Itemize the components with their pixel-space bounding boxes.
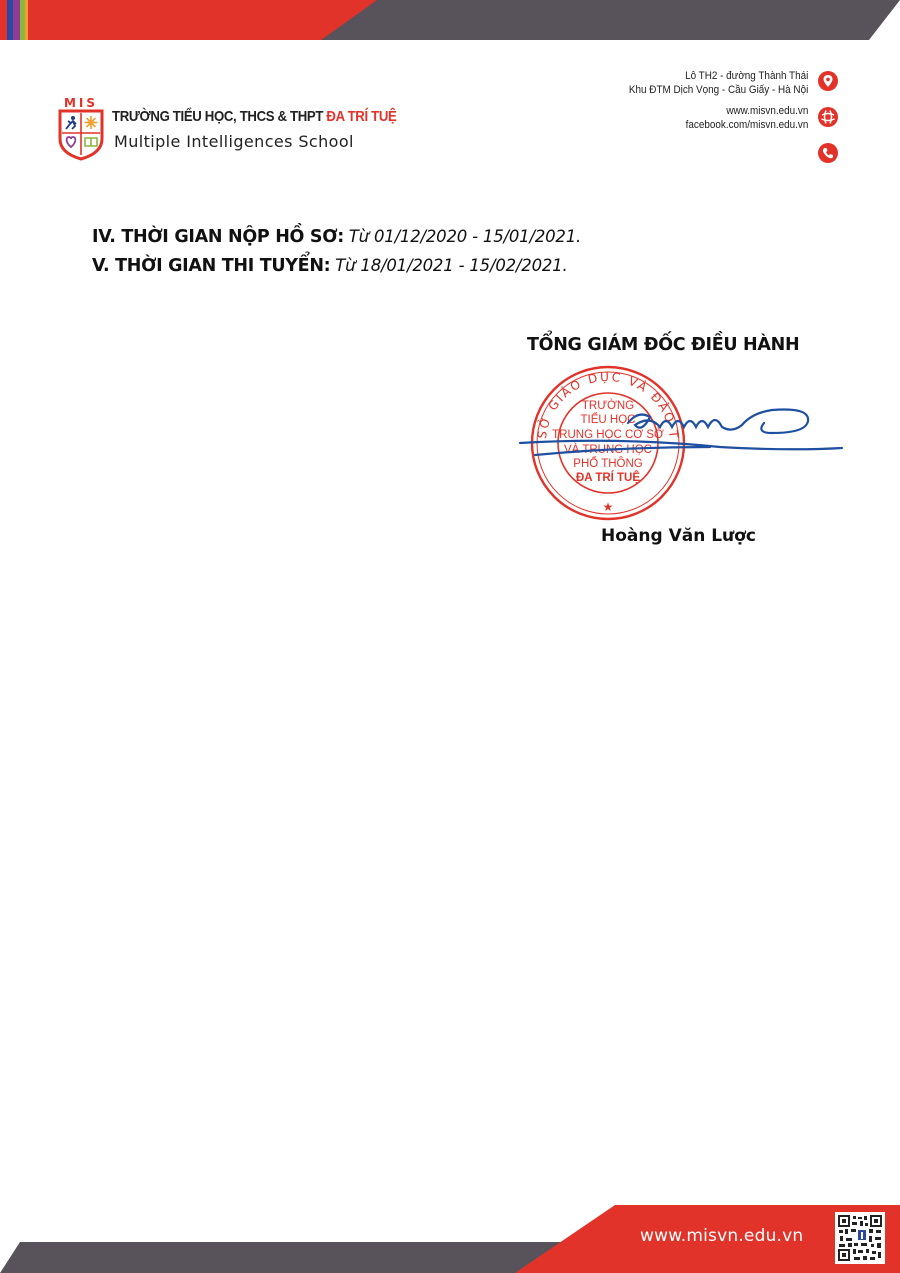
address-block: Lô TH2 - đường Thành Thái Khu ĐTM Dịch V… — [629, 69, 808, 97]
seal-line: TIỂU HỌC — [581, 413, 636, 426]
address-line-2: Khu ĐTM Dịch Vọng - Cầu Giấy - Hà Nội — [629, 83, 808, 97]
seal-line: TRUNG HỌC CƠ SỞ — [552, 428, 664, 441]
phone-icon — [818, 143, 838, 163]
school-name-prefix: TRƯỜNG TIỂU HỌC, THCS & THPT — [112, 108, 326, 125]
web-block: www.misvn.edu.vn facebook.com/misvn.edu.… — [685, 104, 808, 132]
footer-website-link[interactable]: www.misvn.edu.vn — [640, 1226, 803, 1246]
seal-line: PHỔ THÔNG — [573, 457, 642, 470]
signatory-title: TỔNG GIÁM ĐỐC ĐIỀU HÀNH — [527, 335, 799, 355]
header-band — [0, 0, 900, 40]
signer-name: Hoàng Văn Lược — [601, 526, 756, 546]
section-label: IV. THỜI GIAN NỘP HỒ SƠ: — [92, 227, 344, 247]
section-value: Từ 18/01/2021 - 15/02/2021. — [335, 256, 567, 275]
website-link[interactable]: www.misvn.edu.vn — [685, 104, 808, 118]
facebook-link[interactable]: facebook.com/misvn.edu.vn — [685, 118, 808, 132]
globe-icon — [818, 107, 838, 127]
location-pin-icon — [818, 71, 838, 91]
seal-star-icon: ★ — [603, 500, 614, 514]
school-subtitle: Multiple Intelligences School — [114, 132, 354, 151]
shield-icon — [58, 109, 104, 161]
official-seal: SỞ GIÁO DỤC VÀ ĐÀO TẠO THÀNH PHỐ HÀ NỘI … — [510, 355, 850, 525]
section-value: Từ 01/12/2020 - 15/01/2021. — [349, 227, 581, 246]
section-label: V. THỜI GIAN THI TUYỂN: — [92, 256, 330, 276]
qr-code-icon — [835, 1212, 885, 1264]
section-application-period: IV. THỜI GIAN NỘP HỒ SƠ: Từ 01/12/2020 -… — [92, 226, 581, 247]
section-exam-period: V. THỜI GIAN THI TUYỂN: Từ 18/01/2021 - … — [92, 255, 568, 276]
school-name: TRƯỜNG TIỂU HỌC, THCS & THPT ĐA TRÍ TUỆ — [112, 108, 396, 125]
address-line-1: Lô TH2 - đường Thành Thái — [629, 69, 808, 83]
logo-acronym: MIS — [58, 96, 104, 110]
seal-line: ĐA TRÍ TUỆ — [576, 471, 640, 484]
school-name-accent: ĐA TRÍ TUỆ — [326, 108, 396, 125]
school-logo: MIS TRƯỜNG TIỂU HỌC, THCS & THPT ĐA TRÍ … — [56, 96, 386, 166]
seal-line: TRƯỜNG — [582, 399, 634, 412]
